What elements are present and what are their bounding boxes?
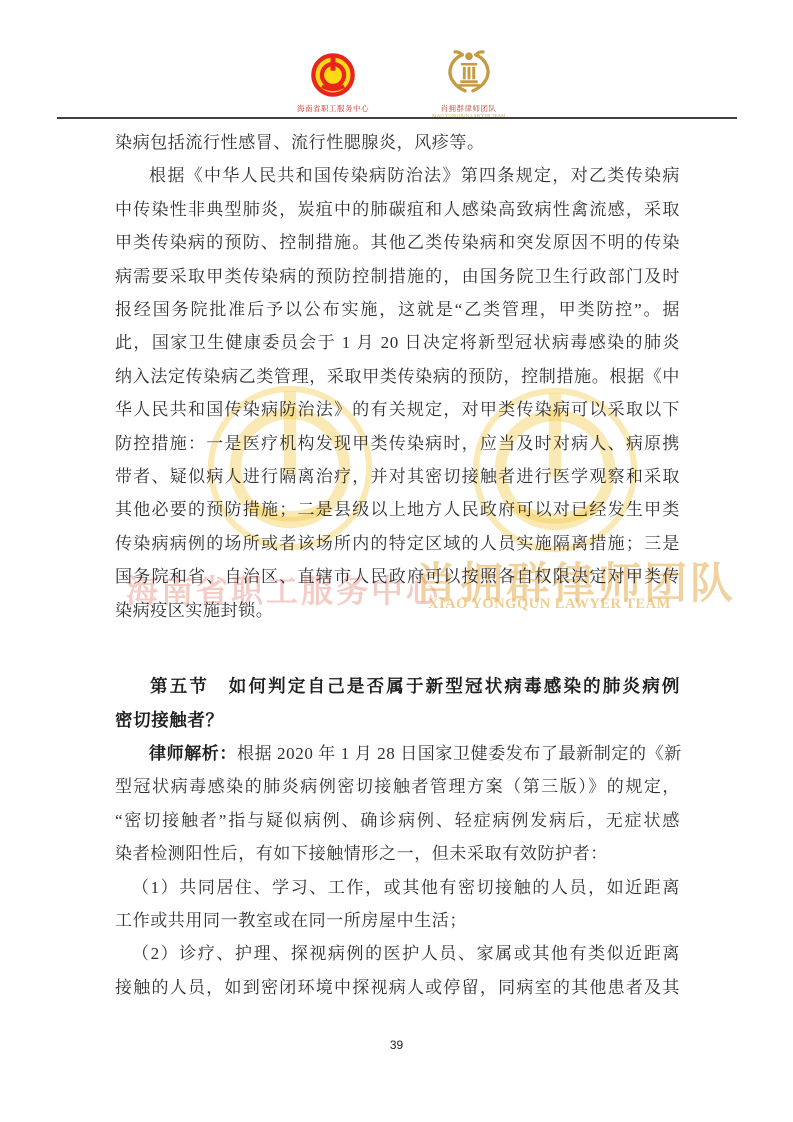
text-line: （1）共同居住、学习、工作，或其他有密切接触的人员，如近距离	[115, 871, 680, 904]
text-line: 华人民共和国传染病防治法》的有关规定，对甲类传染病可以采取以下	[115, 393, 680, 426]
text-line: 其他必要的预防措施；二是县级以上地方人民政府可以对已经发生甲类	[115, 493, 680, 526]
paragraph: （2）诊疗、护理、探视病例的医护人员、家属或其他有类似近距离接触的人员，如到密闭…	[115, 937, 680, 1004]
union-logo-icon	[310, 52, 356, 98]
text-line: 国务院和省、自治区、直辖市人民政府可以按照各自权限决定对甲类传	[115, 560, 680, 593]
text-line: 根据《中华人民共和国传染病防治法》第四条规定，对乙类传染病	[115, 159, 680, 192]
text-line: “密切接触者”指与疑似病例、确诊病例、轻症病例发病后，无症状感	[115, 804, 680, 837]
paragraph: （1）共同居住、学习、工作，或其他有密切接触的人员，如近距离工作或共用同一教室或…	[115, 871, 680, 938]
paragraph: 律师解析：根据 2020 年 1 月 28 日国家卫健委发布了最新制定的《新型冠…	[115, 737, 680, 871]
text-line: 染病包括流行性感冒、流行性腮腺炎，风疹等。	[115, 126, 680, 159]
union-logo: 海南省职工服务中心	[283, 52, 383, 113]
text-line: 型冠状病毒感染的肺炎病例密切接触者管理方案（第三版）》的规定，	[115, 770, 680, 803]
text-line: 防控措施：一是医疗机构发现甲类传染病时，应当及时对病人、病原携	[115, 427, 680, 460]
document-page: 海南省职工服务中心 肖拥群律师团队 XIAO YONGQUN LAWYER TE…	[0, 0, 793, 1122]
right-logo-label: 肖拥群律师团队	[416, 105, 521, 113]
page-number: 39	[0, 1038, 793, 1052]
text-line: 中传染性非典型肺炎，炭疽中的肺碳疽和人感染高致病性禽流感，采取	[115, 193, 680, 226]
left-logo-label: 海南省职工服务中心	[283, 105, 383, 113]
heading-line: 第五节 如何判定自己是否属于新型冠状病毒感染的肺炎病例	[115, 670, 680, 703]
text-line: 病需要采取甲类传染病的预防控制措施的，由国务院卫生行政部门及时	[115, 260, 680, 293]
text-line: 报经国务院批准后予以公布实施，这就是“乙类管理，甲类防控”。据	[115, 293, 680, 326]
text-line: 工作或共用同一教室或在同一所房屋中生活；	[115, 904, 680, 937]
text-line: 纳入法定传染病乙类管理，采取甲类传染病的预防，控制措施。根据《中	[115, 360, 680, 393]
text-line: 传染病病例的场所或者该场所内的特定区域的人员实施隔离措施；三是	[115, 527, 680, 560]
heading-line: 密切接触者？	[115, 704, 680, 737]
paragraph: 染病包括流行性感冒、流行性腮腺炎，风疹等。根据《中华人民共和国传染病防治法》第四…	[115, 126, 680, 627]
text-line: 律师解析：根据 2020 年 1 月 28 日国家卫健委发布了最新制定的《新	[115, 737, 680, 770]
section-heading: 第五节 如何判定自己是否属于新型冠状病毒感染的肺炎病例密切接触者？	[115, 670, 680, 737]
text-line: 染病疫区实施封锁。	[115, 594, 680, 627]
text-line: 此，国家卫生健康委员会于 1 月 20 日决定将新型冠状病毒感染的肺炎	[115, 326, 680, 359]
body-text: 染病包括流行性感冒、流行性腮腺炎，风疹等。根据《中华人民共和国传染病防治法》第四…	[115, 126, 680, 1004]
text-line: 甲类传染病的预防、控制措施。其他乙类传染病和突发原因不明的传染	[115, 226, 680, 259]
lawyer-team-logo-icon	[442, 50, 496, 100]
text-line: （2）诊疗、护理、探视病例的医护人员、家属或其他有类似近距离	[115, 937, 680, 970]
header-divider	[57, 117, 737, 119]
lawyer-team-logo: 肖拥群律师团队 XIAO YONGQUN LAWYER TEAM	[416, 50, 521, 118]
text-line: 带者、疑似病人进行隔离治疗，并对其密切接触者进行医学观察和采取	[115, 460, 680, 493]
text-line: 染者检测阳性后，有如下接触情形之一，但未采取有效防护者：	[115, 837, 680, 870]
text-line: 接触的人员，如到密闭环境中探视病人或停留，同病室的其他患者及其	[115, 971, 680, 1004]
